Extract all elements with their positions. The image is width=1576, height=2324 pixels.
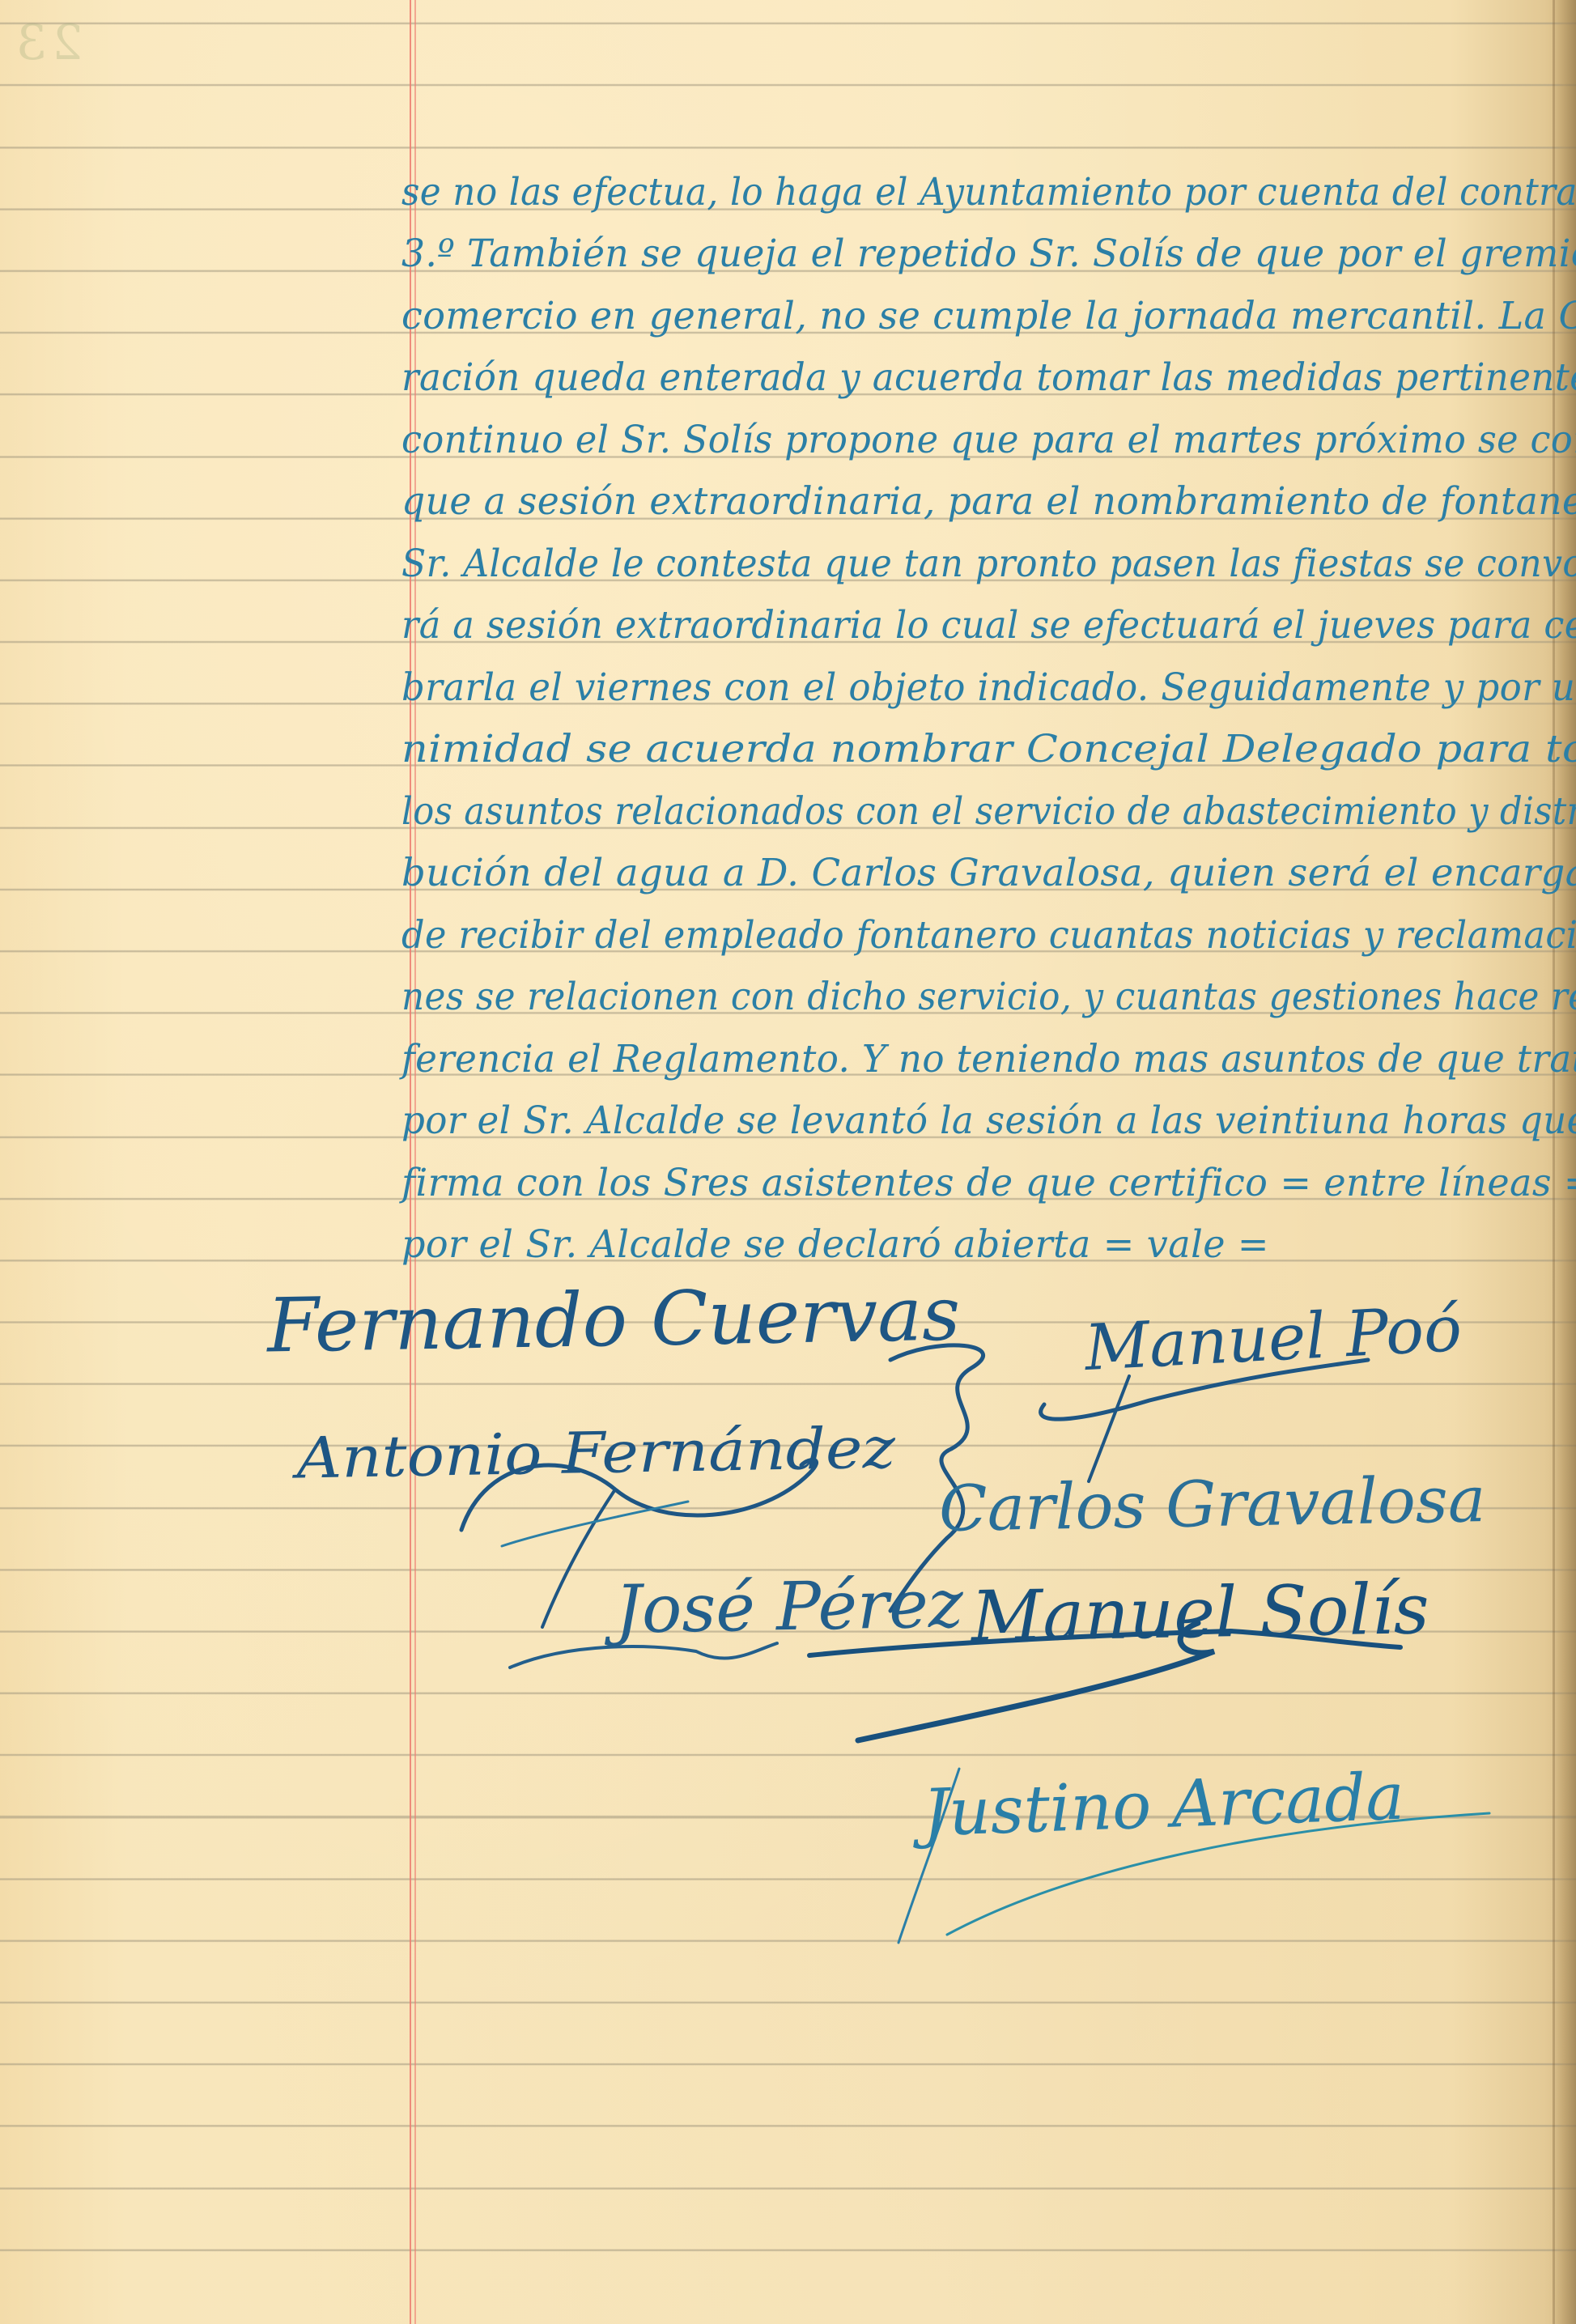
text-line: ración queda enterada y acuerda tomar la…: [401, 359, 1576, 397]
text-line: rá a sesión extraordinaria lo cual se ef…: [401, 606, 1576, 644]
text-line: de recibir del empleado fontanero cuanta…: [401, 916, 1576, 954]
text-line: firma con los Sres asistentes de que cer…: [401, 1164, 1576, 1202]
text-line: brarla el viernes con el objeto indicado…: [401, 669, 1576, 707]
text-line: por el Sr. Alcalde se levantó la sesión …: [401, 1102, 1576, 1140]
signature-manuel-poo: Manuel Poó: [1083, 1298, 1463, 1380]
text-line: bución del agua a D. Carlos Gravalosa, q…: [401, 854, 1576, 892]
page-number-bleedthrough: 23: [11, 15, 83, 71]
text-line: nimidad se acuerda nombrar Concejal Dele…: [401, 730, 1576, 768]
text-line: ferencia el Reglamento. Y no teniendo ma…: [401, 1040, 1576, 1078]
signature-carlos-gravalosa: Carlos Gravalosa: [938, 1468, 1486, 1541]
text-line: nes se relacionen con dicho servicio, y …: [401, 978, 1576, 1016]
text-line: continuo el Sr. Solís propone que para e…: [401, 421, 1576, 459]
signature-fernando-cuervas: Fernando Cuervas: [266, 1277, 961, 1364]
signature-justino-arcada: Justino Arcada: [922, 1765, 1405, 1846]
text-line: los asuntos relacionados con el servicio…: [401, 792, 1576, 831]
text-line: se no las efectua, lo haga el Ayuntamien…: [401, 173, 1576, 211]
text-line: 3.º También se queja el repetido Sr. Sol…: [401, 235, 1576, 273]
text-line: Sr. Alcalde le contesta que tan pronto p…: [401, 545, 1576, 583]
notebook-page: 23 se no las efectua, lo haga el Ayuntam…: [0, 0, 1576, 2324]
signature-manuel-solis: Manuel Solís: [971, 1574, 1429, 1652]
text-line: por el Sr. Alcalde se declaró abierta = …: [401, 1226, 1269, 1264]
signature-jose-perez: José Pérez: [614, 1571, 963, 1643]
text-line: comercio en general, no se cumple la jor…: [401, 297, 1576, 335]
signature-antonio-fernandez: Antonio Fernández: [296, 1420, 896, 1487]
text-line: que a sesión extraordinaria, para el nom…: [401, 482, 1576, 520]
